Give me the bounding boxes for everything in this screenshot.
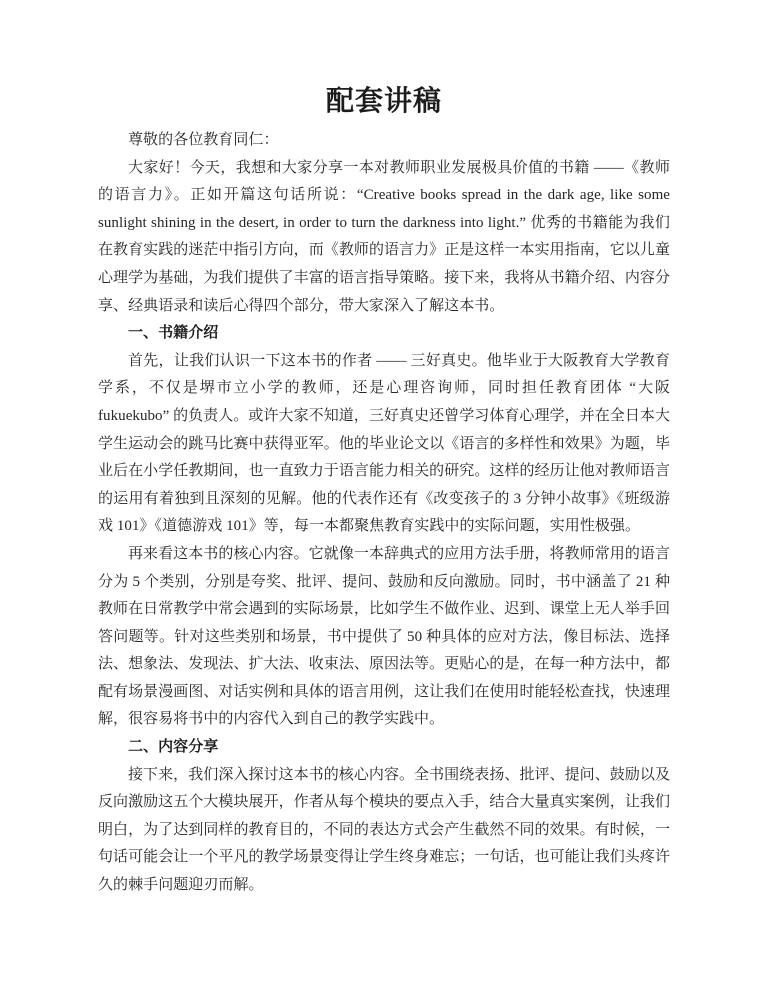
- document-title: 配套讲稿: [98, 84, 670, 120]
- intro-paragraph: 大家好！今天，我想和大家分享一本对教师职业发展极具价值的书籍 ——《教师的语言力…: [98, 155, 670, 321]
- author-paragraph: 首先，让我们认识一下这本书的作者 —— 三好真史。他毕业于大阪教育大学教育学系，…: [98, 348, 670, 541]
- content-sharing-paragraph: 接下来，我们深入探讨这本书的核心内容。全书围绕表扬、批评、提问、鼓励以及反向激励…: [98, 762, 670, 900]
- core-content-paragraph: 再来看这本书的核心内容。它就像一本辞典式的应用方法手册，将教师常用的语言分为 5…: [98, 541, 670, 734]
- salutation-paragraph: 尊敬的各位教育同仁：: [98, 127, 670, 155]
- section-heading-content-sharing: 二、内容分享: [98, 734, 670, 762]
- document-page: 配套讲稿 尊敬的各位教育同仁： 大家好！今天，我想和大家分享一本对教师职业发展极…: [0, 0, 770, 1000]
- section-heading-book-introduction: 一、书籍介绍: [98, 320, 670, 348]
